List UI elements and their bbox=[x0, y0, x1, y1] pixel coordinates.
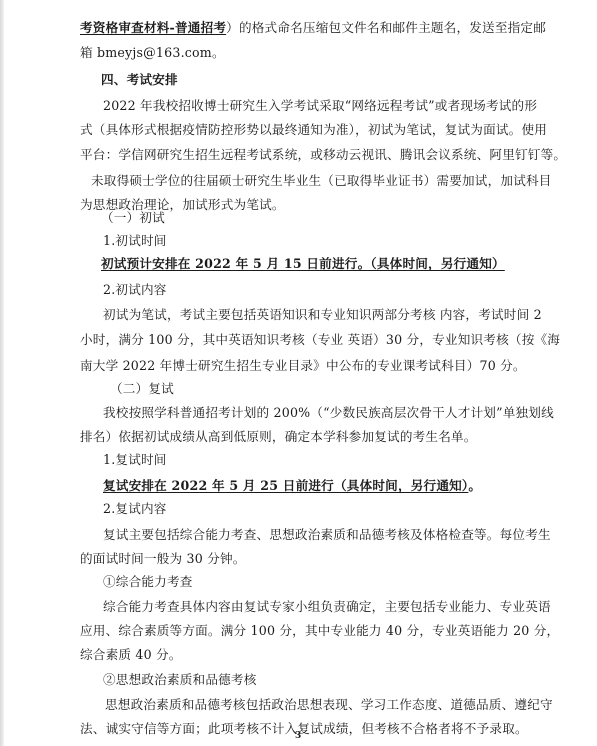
line-text: ）的格式命名压缩包文件名和邮件主题名，发送至指定邮 bbox=[226, 20, 546, 35]
paragraph-line: 未取得硕士学位的往届硕士研究生毕业生（已取得毕业证书）需要加试，加试科目 bbox=[91, 173, 552, 189]
paragraph-line: 小时，满分 100 分，其中英语知识考核（专业 英语）30 分，专业知识考核（按… bbox=[80, 332, 560, 348]
paragraph-line: 我校按照学科普通招考计划的 200%（“少数民族高层次骨干人才计划”单独划线 bbox=[103, 405, 554, 421]
paragraph-line: 的面试时间一般为 30 分钟。 bbox=[80, 551, 246, 567]
paragraph-line: 平台：学信网研究生招生远程考试系统，或移动云视讯、腾讯会议系统、阿里钉钉等。 bbox=[80, 147, 566, 163]
paragraph-line: 排名）依据初试成绩从高到低原则，确定本学科参加复试的考生名单。 bbox=[80, 429, 477, 445]
paragraph-line: 南大学 2022 年博士研究生招生专业目录》中公布的专业课考试科目）70 分。 bbox=[80, 358, 526, 374]
item-comprehensive-ability: ①综合能力考查 bbox=[103, 574, 193, 590]
preliminary-schedule-notice: 初试预计安排在 2022 年 5 月 15 日前进行。（具体时间，另行通知） bbox=[101, 256, 505, 272]
subsection-reexam: （二）复试 bbox=[110, 381, 174, 397]
line-application-materials: 考资格审查材料-普通招考）的格式命名压缩包文件名和邮件主题名，发送至指定邮 bbox=[80, 20, 546, 36]
item-preliminary-content: 2.初试内容 bbox=[103, 282, 167, 298]
item-preliminary-time: 1.初试时间 bbox=[103, 233, 167, 249]
paragraph-line: 综合能力考查具体内容由复试专家小组负责确定，主要包括专业能力、专业英语 bbox=[103, 599, 551, 615]
period: 。 bbox=[468, 478, 481, 493]
reexam-schedule-notice: 复试安排在 2022 年 5 月 25 日前进行（具体时间，另行通知）。 bbox=[103, 478, 481, 494]
paragraph-line: 复试主要包括综合能力考查、思想政治素质和品德考核及体格检查等。每位考生 bbox=[103, 527, 551, 543]
reexam-schedule-underlined: 复试安排在 2022 年 5 月 25 日前进行（具体时间，另行通知） bbox=[103, 478, 468, 493]
page-number: 3 bbox=[295, 731, 301, 741]
underlined-materials-label: 考资格审查材料-普通招考 bbox=[80, 20, 226, 35]
paragraph-line: 2022 年我校招收博士研究生入学考试采取“网络远程考试”或者现场考试的形 bbox=[103, 98, 537, 114]
paragraph-line: 应用、综合素质等方面。满分 100 分，其中专业能力 40 分，专业英语能力 2… bbox=[80, 623, 559, 639]
subsection-preliminary-exam: （一）初试 bbox=[101, 210, 165, 226]
document-page: 考资格审查材料-普通招考）的格式命名压缩包文件名和邮件主题名，发送至指定邮 箱 … bbox=[0, 0, 597, 746]
paragraph-line: 综合素质 40 分。 bbox=[80, 647, 182, 663]
item-reexam-content: 2.复试内容 bbox=[103, 501, 167, 517]
paragraph-line: 法、诚实守信等方面；此项考核不计入复试成绩，但考核不合格者将不予录取。 bbox=[80, 721, 528, 737]
paragraph-line: 初试为笔试，考试主要包括英语知识和专业知识两部分考核 内容，考试时间 2 bbox=[103, 307, 542, 323]
paragraph-line: 式（具体形式根据疫情防控形势以最终通知为准），初试为笔试，复试为面试。使用 bbox=[80, 122, 547, 138]
paragraph-line: 思想政治素质和品德考核包括政治思想表现、学习工作态度、道德品质、遵纪守 bbox=[105, 697, 553, 713]
item-reexam-time: 1.复试时间 bbox=[103, 452, 167, 468]
section-heading-exam-arrangement: 四、考试安排 bbox=[101, 72, 178, 88]
item-political-moral: ②思想政治素质和品德考核 bbox=[103, 672, 257, 688]
line-email: 箱 bmeyjs@163.com。 bbox=[80, 45, 225, 61]
